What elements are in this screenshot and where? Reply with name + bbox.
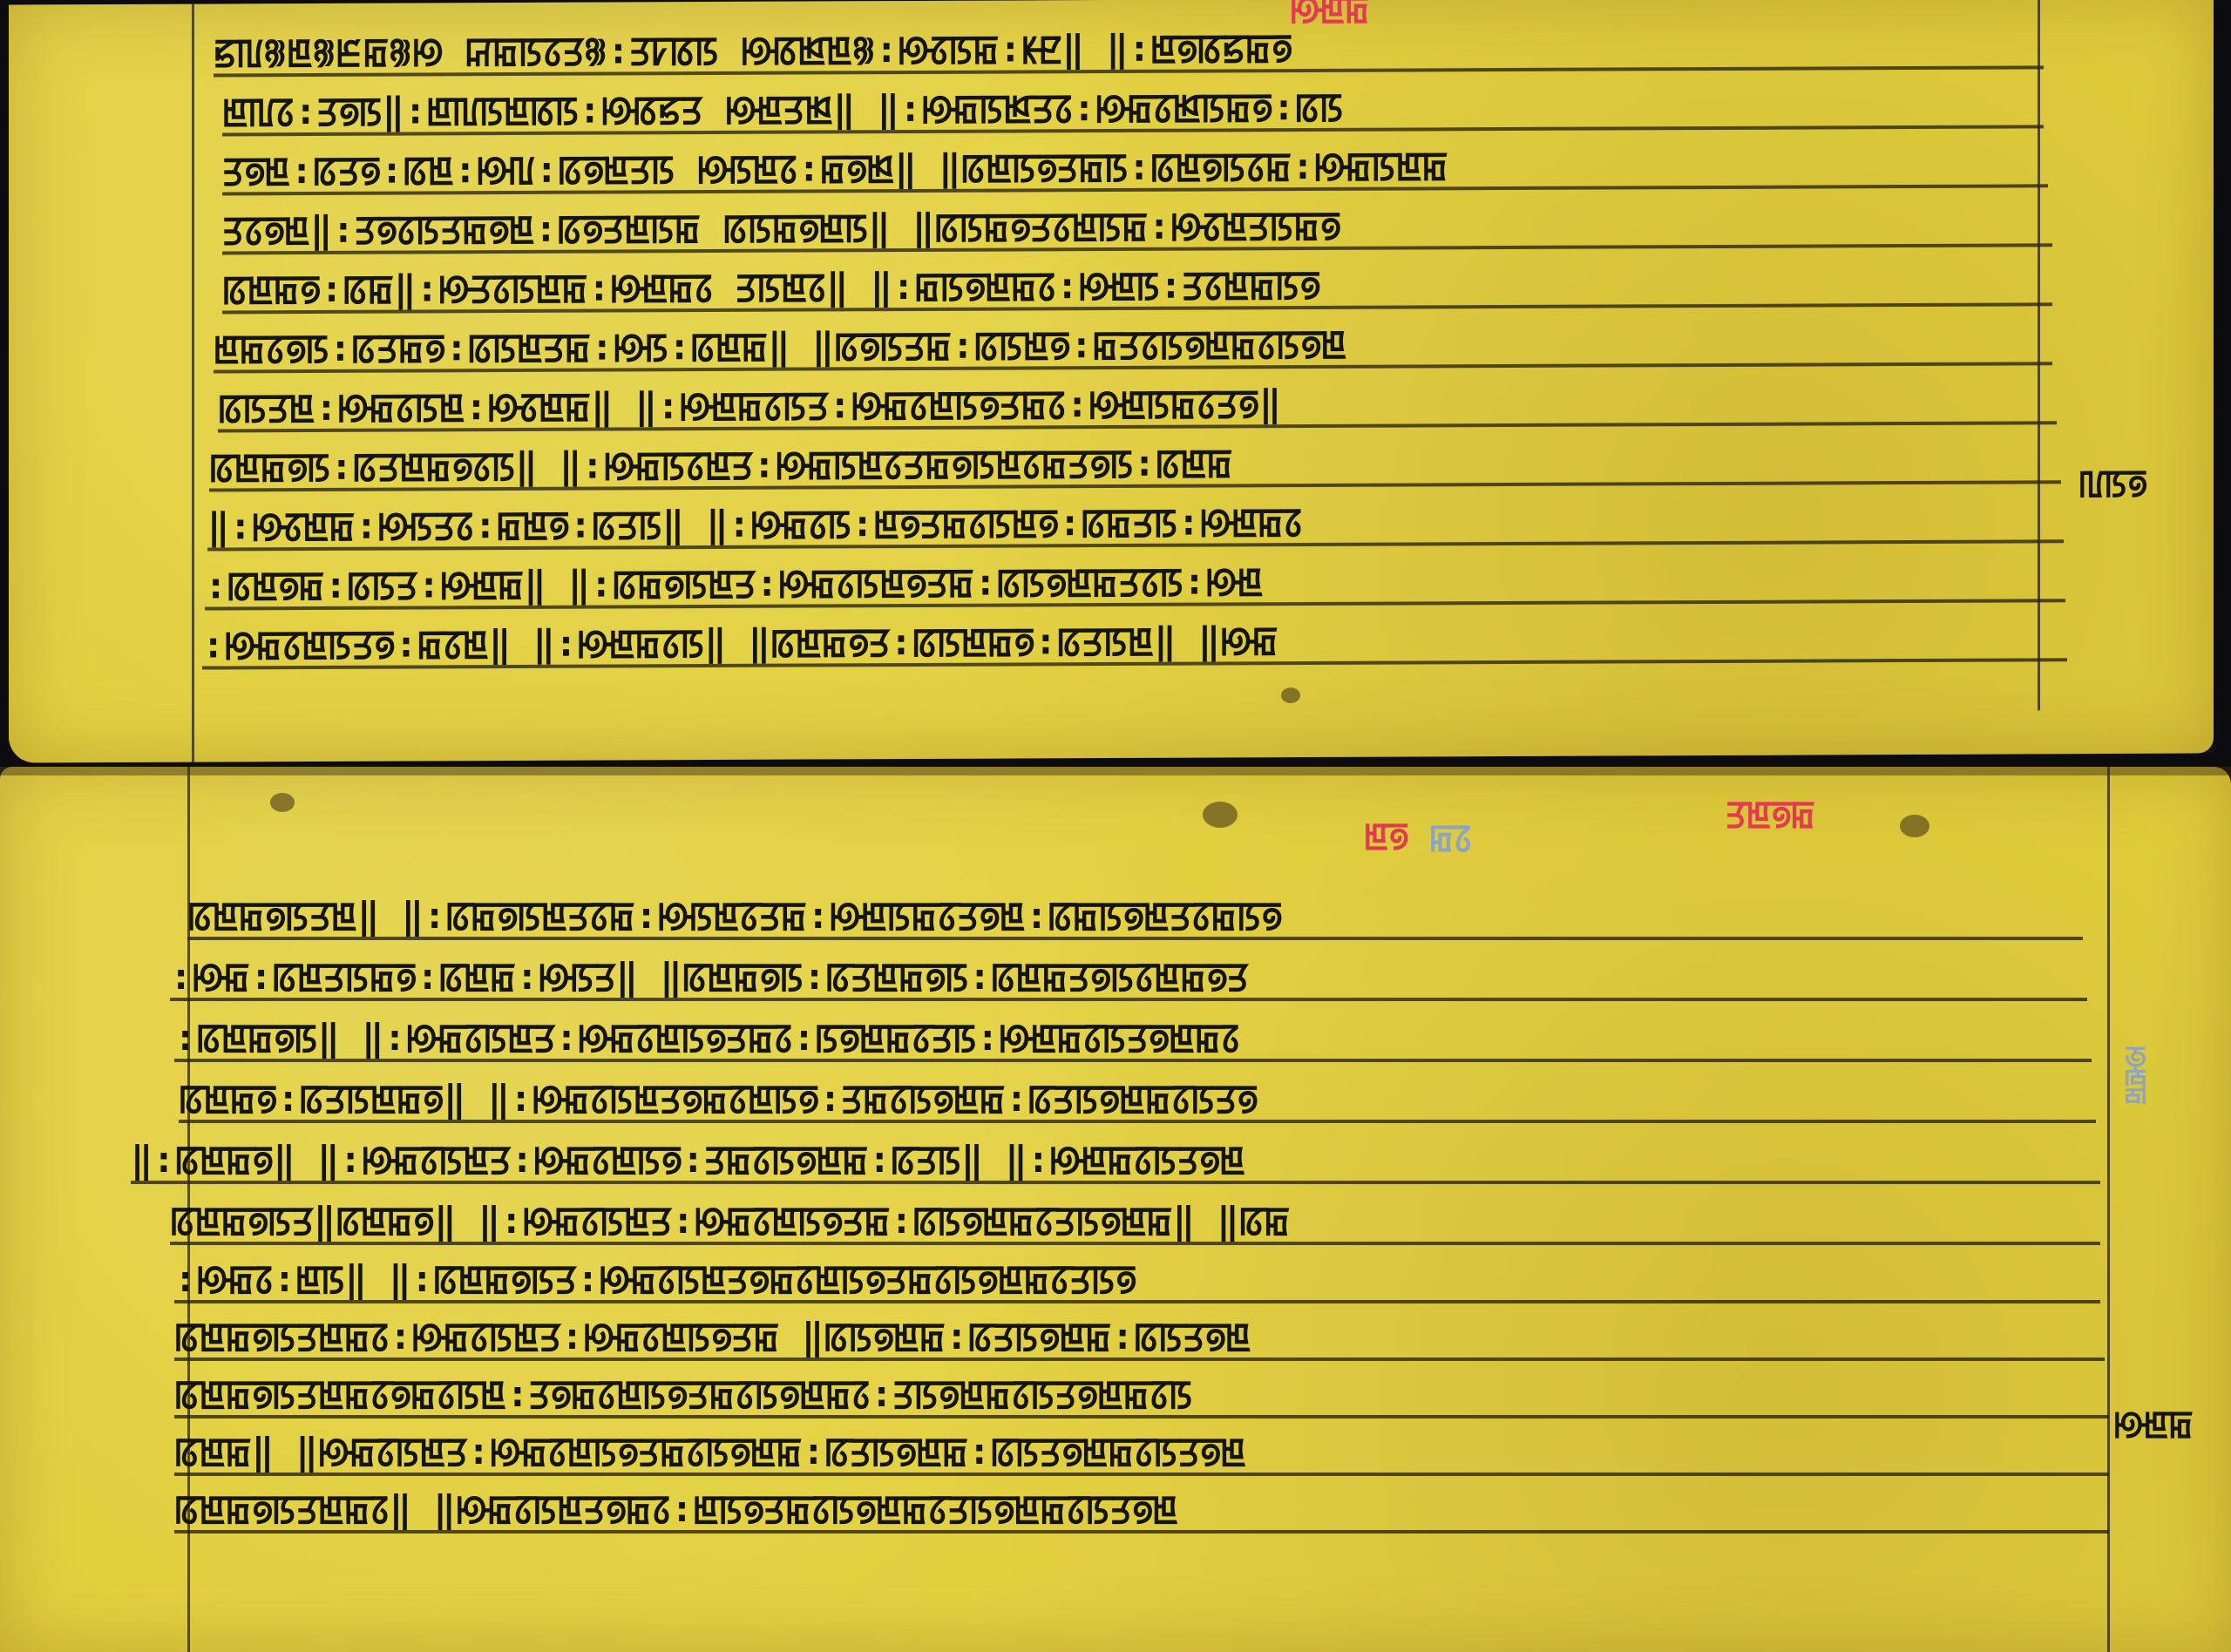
text-line: :ꡟꡂꡞꡁꡑꡗꡟ:ꡂꡞꡁ‖ ‖:ꡟꡁꡂꡞꡑ‖ ‖ꡞꡁꡂꡟꡗ:ꡞꡑꡁꡂꡟ:ꡞꡗꡑꡁ… [202, 614, 2067, 674]
text-line: :ꡟꡂꡞ:ꡁꡑ‖ ‖:ꡞꡁꡂꡟꡑꡗ:ꡟꡂꡞꡑꡁꡗꡟꡂꡞꡁꡑꡟꡗꡂꡞꡑꡟꡁꡂꡞꡗꡑ… [174, 1256, 2100, 1309]
folio-annotation-red-left: ꡁꡟ [1364, 810, 1408, 858]
margin-note-right: ꡃꡑꡟ [2078, 457, 2147, 505]
text-line: ꡁꡃꡞ:ꡗꡟꡑ‖:ꡁꡃꡑꡁꡋꡑ:ꡟꡋꡝꡗ ꡟꡁꡗꡓ‖ ‖:ꡟꡂꡑꡓꡗꡞ:ꡟꡂꡞꡓ… [222, 81, 2044, 141]
leaf-edge [0, 767, 2231, 775]
folio-annotation-red-right: ꡗꡁꡟꡂ [1726, 789, 1815, 836]
text-line: ꡁꡂꡞꡟꡑ:ꡞꡗꡂꡟ:ꡞꡑꡁꡗꡂ:ꡟꡑ:ꡞꡁꡂ‖ ‖ꡞꡟꡑꡗꡂ:ꡞꡑꡁꡟ:ꡂꡗꡞ… [214, 318, 2052, 378]
text-line: :ꡞꡁꡟꡂ:ꡞꡑꡗ:ꡟꡁꡂ‖ ‖:ꡞꡂꡟꡑꡁꡗ:ꡟꡂꡞꡑꡁꡟꡗꡂ:ꡞꡑꡟꡁꡂꡗꡞ… [205, 555, 2065, 615]
text-line: ꡞꡁꡂ‖ ‖ꡟꡂꡞꡑꡁꡗ:ꡟꡂꡞꡁꡑꡟꡗꡂꡞꡑꡟꡁꡂ:ꡞꡗꡑꡟꡁꡂ:ꡞꡑꡗꡟꡁꡂ… [174, 1429, 2109, 1481]
text-line: ꡞꡑꡗꡁ:ꡟꡂꡞꡑꡁ:ꡟꡞꡁꡂ‖ ‖:ꡟꡁꡂꡞꡑꡗ:ꡟꡂꡞꡁꡑꡟꡗꡂꡞ:ꡟꡁꡑꡂ… [218, 377, 2057, 437]
text-line: ꡞꡁꡂꡟꡑꡗꡁ‖ ‖:ꡞꡂꡟꡑꡁꡗꡞꡂ:ꡟꡑꡁꡞꡗꡂ:ꡟꡁꡑꡂꡞꡗꡟꡁ:ꡞꡂꡑꡟ… [187, 893, 2083, 945]
text-line: :ꡞꡁꡂꡟꡑ‖ ‖:ꡟꡂꡞꡑꡁꡗ:ꡟꡂꡞꡁꡑꡟꡗꡂꡞ:ꡑꡟꡁꡂꡞꡗꡑ:ꡟꡁꡂꡞꡑ… [174, 1015, 2092, 1067]
text-line: :ꡟꡂ:ꡞꡁꡗꡑꡂꡟ:ꡞꡁꡂ:ꡟꡑꡗ‖ ‖ꡞꡁꡂꡟꡑ:ꡞꡗꡁꡂꡟꡑ:ꡞꡁꡂꡗꡟꡑ… [170, 954, 2087, 1006]
folio-annotation-blue-vertical: ꡟꡁꡂ [2118, 1046, 2153, 1106]
ink-stain [270, 793, 295, 812]
text-line: ꡞꡁꡂꡟ:ꡞꡗꡑꡁꡂꡟ‖ ‖:ꡟꡂꡞꡑꡁꡗꡟꡂꡞꡁꡑꡟ:ꡗꡂꡞꡑꡟꡁꡂ:ꡞꡗꡑꡟ… [179, 1076, 2096, 1128]
text-line: ‖:ꡟꡞꡁꡂ:ꡟꡑꡗꡞ:ꡂꡁꡟ:ꡞꡗꡑ‖ ‖:ꡟꡂꡞꡑ:ꡁꡟꡗꡂꡞꡑꡁꡟ:ꡞꡂꡗ… [207, 496, 2064, 556]
text-line: ꡞꡁꡂꡟꡑꡗꡁꡂꡞ‖ ‖ꡟꡂꡞꡑꡁꡗꡟꡂꡞ:ꡁꡑꡟꡗꡂꡞꡑꡟꡁꡂꡞꡗꡑꡟꡁꡂꡞꡑ… [174, 1486, 2109, 1539]
text-line: ‖:ꡞꡁꡂꡟ‖ ‖:ꡟꡂꡞꡑꡁꡗ:ꡟꡂꡞꡁꡑꡟ:ꡗꡂꡞꡑꡟꡁꡂ:ꡞꡗꡑ‖ ‖:ꡟ… [131, 1137, 2100, 1189]
ink-stain [1900, 815, 1929, 837]
manuscript-leaf-top: ꡟꡁꡂ ꡝꡃ꡵ꡁ꡵ꡈ꡸ꡂ꡵ꡟ ꡒꡂꡑꡞꡗ꡵:ꡗꡠꡋꡑ ꡟꡋꡓꡁ꡵:ꡟꡞꡑꡂ:ꡡꡢ… [9, 0, 2214, 763]
text-line: ꡞꡁꡂꡟꡑꡗꡁꡂꡞ:ꡟꡂꡞꡑꡁꡗ:ꡟꡂꡞꡁꡑꡟꡗꡂ ‖ꡞꡑꡟꡁꡂ:ꡞꡗꡑꡟꡁꡂ:… [174, 1314, 2105, 1366]
margin-note-right: ꡟꡁꡂ [2113, 1398, 2194, 1446]
folio-annotation-blue-left: ꡂꡞ [1429, 812, 1472, 860]
margin-rule-left [192, 4, 194, 762]
text-line: ꡞꡁꡂꡟꡑꡗꡁꡂꡞꡟꡂꡞꡑꡁ:ꡗꡟꡂꡞꡁꡑꡟꡗꡂꡞꡑꡟꡁꡂꡞ:ꡗꡑꡟꡁꡂꡞꡑꡗꡟ… [174, 1371, 2109, 1424]
text-line: ꡝꡃ꡵ꡁ꡵ꡈ꡸ꡂ꡵ꡟ ꡒꡂꡑꡞꡗ꡵:ꡗꡠꡋꡑ ꡟꡋꡓꡁ꡵:ꡟꡞꡑꡂ:ꡡꡢ‖ ‖:… [214, 22, 2044, 82]
ink-stain [1281, 687, 1300, 703]
text-line: ꡞꡁꡂꡟꡑꡗ‖ꡞꡁꡂꡟ‖ ‖:ꡟꡂꡞꡑꡁꡗ:ꡟꡂꡞꡁꡑꡟꡗꡂ:ꡞꡑꡟꡁꡂꡞꡗꡑꡟ… [170, 1198, 2100, 1250]
ink-stain [1203, 802, 1238, 828]
text-line: ꡞꡁꡂꡟꡑ:ꡞꡗꡁꡂꡟꡞꡑ‖ ‖:ꡟꡂꡑꡞꡁꡗ:ꡟꡂꡑꡁꡞꡗꡂꡟꡑꡁꡞꡂꡗꡟꡑ:… [209, 437, 2061, 497]
text-line: ꡗꡟꡁ:ꡞꡗꡟ:ꡞꡁ:ꡟꡃ:ꡞꡟꡁꡗꡑ ꡟꡑꡁꡞ:ꡂꡟꡓ‖ ‖ꡞꡁꡑꡟꡗꡂꡑ:ꡞ… [222, 140, 2048, 200]
manuscript-leaf-bottom: ꡁꡟ ꡂꡞ ꡗꡁꡟꡂ ꡟꡁꡂ ꡞꡁꡂꡟꡑꡗꡁ‖ ‖:ꡞꡂꡟꡑꡁꡗꡞꡂ:ꡟꡑꡁꡞꡗ… [0, 767, 2231, 1652]
text-line: ꡗꡞꡟꡁ‖:ꡗꡟꡞꡑꡗꡂꡟꡁ:ꡞꡟꡗꡁꡑꡂ ꡞꡑꡂꡟꡁꡑ‖ ‖ꡞꡑꡂꡟꡗꡞꡁꡑꡂ… [222, 200, 2052, 260]
text-line: ꡞꡁꡂꡟ:ꡞꡂ‖:ꡟꡗꡞꡑꡁꡂ:ꡟꡁꡂꡞ ꡗꡑꡁꡞ‖ ‖:ꡂꡑꡟꡁꡂꡞ:ꡟꡁꡑ:… [222, 259, 2052, 319]
